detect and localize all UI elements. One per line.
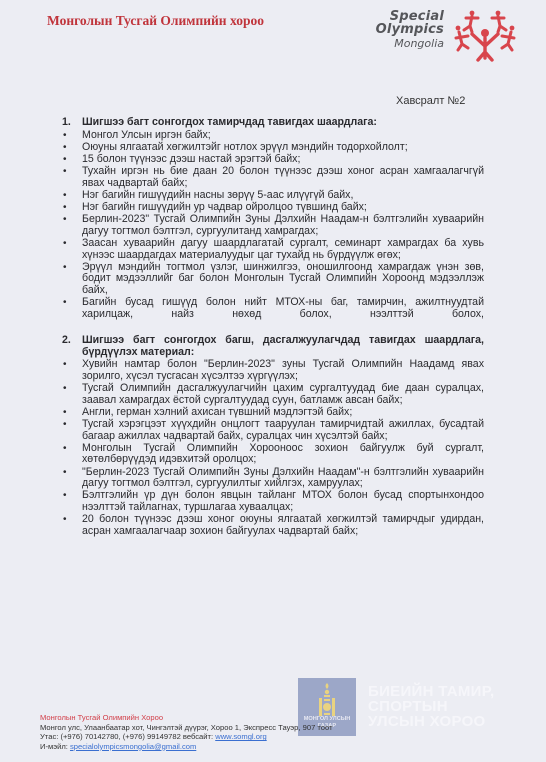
watermark-line1: БИЕИЙН ТАМИР, СПОРТЫН — [368, 684, 546, 714]
website-link[interactable]: www.somgl.org — [215, 732, 266, 741]
email-link[interactable]: specialolympicsmongolia@gmail.com — [70, 742, 196, 751]
footer-contact: Монголын Тусгай Олимпийн Хороо Монгол ул… — [40, 713, 333, 751]
list-item: Оюуны ялгаатай хөгжилтэйг нотлох эрүүл м… — [62, 142, 484, 154]
footer-phone: Утас: (+976) 70142780, (+976) 99149782 в… — [40, 732, 215, 741]
document-page: Монголын Тусгай Олимпийн хороо Special O… — [0, 0, 546, 762]
footer-address: Монгол улс, Улаанбаатар хот, Чингэлтэй д… — [40, 723, 333, 733]
letterhead-org-name: Монголын Тусгай Олимпийн хороо — [47, 13, 264, 29]
watermark-line2: УЛСЫН ХОРОО — [368, 714, 546, 729]
list-item: Бэлтгэлийн үр дүн болон явцын тайланг МТ… — [62, 490, 484, 513]
list-item: Заасан хуваарийн дагуу шаардлагатай сург… — [62, 238, 484, 261]
section-coach-requirements: 2. Шигшээ багт сонгогдох багш, дасгалжуу… — [62, 335, 484, 537]
list-item: Нэг багийн гишүүдийн насны зөрүү 5-аас и… — [62, 190, 484, 202]
list-item: Хувийн намтар болон "Берлин-2023" зуны Т… — [62, 359, 484, 382]
special-olympics-logo-icon — [452, 8, 518, 64]
list-item: Монгол Улсын иргэн байх; — [62, 130, 484, 142]
section-number: 2. — [62, 335, 82, 358]
list-item: Тусгай Олимпийн дасгалжуулагчийн цахим с… — [62, 383, 484, 406]
section-title: Шигшээ багт сонгогдох багш, дасгалжуулаг… — [82, 335, 484, 358]
section-heading: 1. Шигшээ багт сонгогдох тамирчдад тавиг… — [62, 117, 484, 129]
list-item: Нэг багийн гишүүдийн ур чадвар ойролцоо … — [62, 202, 484, 214]
list-item: 15 болон түүнээс дээш настай эрэгтэй бай… — [62, 154, 484, 166]
section-title: Шигшээ багт сонгогдох тамирчдад тавигдах… — [82, 117, 484, 129]
footer-org-name: Монголын Тусгай Олимпийн Хороо — [40, 713, 333, 723]
list-item: Эрүүл мэндийн тогтмол үзлэг, шинжилгээ, … — [62, 262, 484, 297]
document-body: 1. Шигшээ багт сонгогдох тамирчдад тавиг… — [62, 117, 484, 538]
list-item: "Берлин-2023 Тусгай Олимпийн Зуны Дэлхий… — [62, 467, 484, 490]
list-item: Берлин-2023" Тусгай Олимпийн Зуны Дэлхий… — [62, 214, 484, 237]
special-olympics-wordmark: Special Olympics Mongolia — [362, 10, 444, 50]
section-number: 1. — [62, 117, 82, 129]
footer-email-line: И-мэйл: specialolympicsmongolia@gmail.co… — [40, 742, 333, 752]
requirement-list: Монгол Улсын иргэн байх; Оюуны ялгаатай … — [62, 130, 484, 321]
list-item: Тухайн иргэн нь бие даан 20 болон түүнээ… — [62, 166, 484, 189]
section-heading: 2. Шигшээ багт сонгогдох багш, дасгалжуу… — [62, 335, 484, 358]
list-item: 20 болон түүнээс дээш хоног оюуны ялгаат… — [62, 514, 484, 537]
brand-line-2: Olympics — [362, 23, 444, 36]
section-athlete-requirements: 1. Шигшээ багт сонгогдох тамирчдад тавиг… — [62, 117, 484, 320]
list-item: Багийн бусад гишүүд болон нийт МТОХ-ны б… — [62, 297, 484, 320]
list-item: Англи, герман хэлний ахисан түвшний мэдл… — [62, 407, 484, 419]
footer-phone-line: Утас: (+976) 70142780, (+976) 99149782 в… — [40, 732, 333, 742]
annex-label: Хавсралт №2 — [396, 95, 465, 107]
brand-line-3: Mongolia — [362, 37, 444, 50]
list-item: Монголын Тусгай Олимпийн Хорооноос зохио… — [62, 443, 484, 466]
requirement-list: Хувийн намтар болон "Берлин-2023" зуны Т… — [62, 359, 484, 537]
list-item: Тусгай хэрэгцээт хүүхдийн онцлогт тааруу… — [62, 419, 484, 442]
footer-email-label: И-мэйл: — [40, 742, 70, 751]
stamp-watermark-text: БИЕИЙН ТАМИР, СПОРТЫН УЛСЫН ХОРОО — [368, 684, 546, 729]
